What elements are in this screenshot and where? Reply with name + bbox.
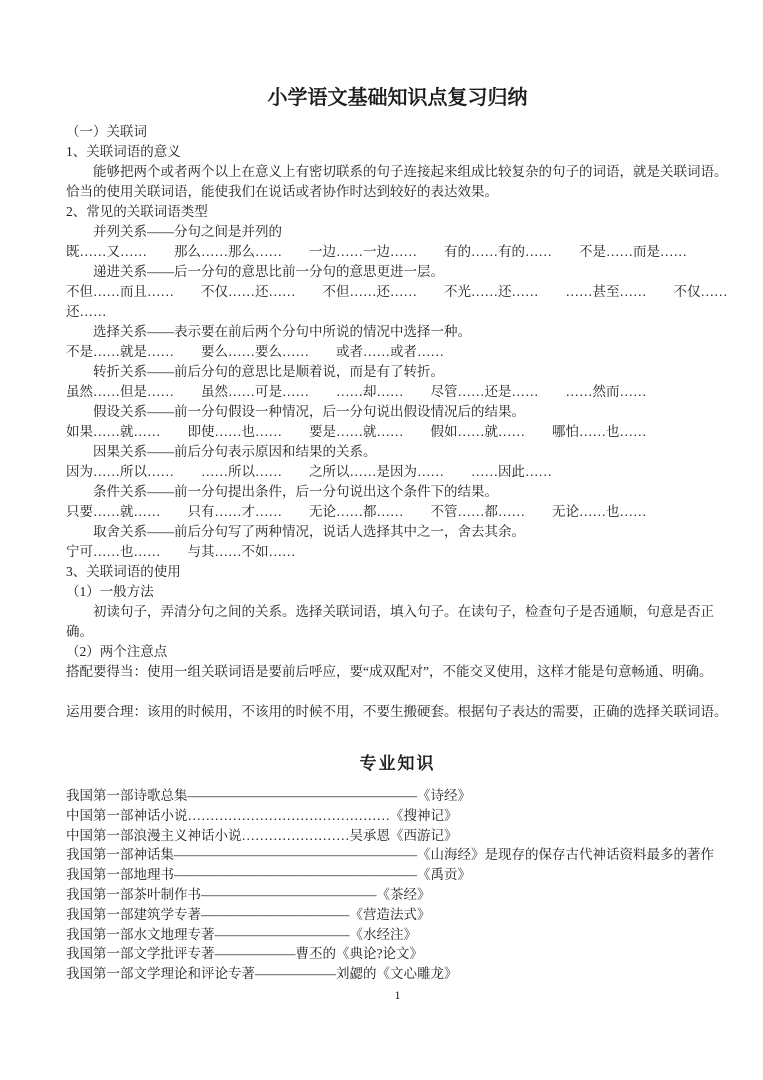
body-line: 因为……所以…… ……所以…… 之所以……是因为…… ……因此…… xyxy=(66,462,729,482)
body-text: （一）关联词 1、关联词语的意义 能够把两个或者两个以上在意义上有密切联系的句子… xyxy=(66,122,729,722)
body-line: 转折关系——前后分句的意思比是顺着说，而是有了转折。 xyxy=(66,362,729,382)
page-number: 1 xyxy=(66,986,729,1004)
body-line: 取舍关系——前后分句写了两种情况，说话人选择其中之一，舍去其余。 xyxy=(66,522,729,542)
body-line-blank xyxy=(66,682,729,702)
body-line: （2）两个注意点 xyxy=(66,642,729,662)
document-page: 小学语文基础知识点复习归纳 （一）关联词 1、关联词语的意义 能够把两个或者两个… xyxy=(0,0,763,1004)
body-line: 3、关联词语的使用 xyxy=(66,562,729,582)
body-line: 确。 xyxy=(66,622,729,642)
body-line: 还…… xyxy=(66,302,729,322)
list-item: 我国第一部地理书——————————————————《禹贡》 xyxy=(66,865,729,885)
body-line: （一）关联词 xyxy=(66,122,729,142)
list-item: 中国第一部神话小说………………………………………《搜神记》 xyxy=(66,806,729,826)
body-line: 并列关系——分句之间是并列的 xyxy=(66,222,729,242)
body-line: 因果关系——前后分句表示原因和结果的关系。 xyxy=(66,442,729,462)
body-line: 恰当的使用关联词语，能使我们在说话或者协作时达到较好的表达效果。 xyxy=(66,182,729,202)
body-line: 递进关系——后一分句的意思比前一分句的意思更进一层。 xyxy=(66,262,729,282)
body-line: 能够把两个或者两个以上在意义上有密切联系的句子连接起来组成比较复杂的句子的词语，… xyxy=(66,162,729,182)
list-item: 我国第一部文学理论和评论专著——————刘勰的《文心雕龙》 xyxy=(66,964,729,984)
body-line: 选择关系——表示要在前后两个分句中所说的情况中选择一种。 xyxy=(66,322,729,342)
body-line: 不是……就是…… 要么……要么…… 或者……或者…… xyxy=(66,342,729,362)
body-line: （1）一般方法 xyxy=(66,582,729,602)
list-item: 我国第一部文学批评专著——————曹丕的《典论?论文》 xyxy=(66,944,729,964)
page-title: 小学语文基础知识点复习归纳 xyxy=(66,86,729,110)
body-line: 只要……就…… 只有……才…… 无论……都…… 不管……都…… 无论……也…… xyxy=(66,502,729,522)
works-list: 我国第一部诗歌总集—————————————————《诗经》 中国第一部神话小说… xyxy=(66,786,729,984)
body-line: 宁可……也…… 与其……不如…… xyxy=(66,542,729,562)
body-line: 如果……就…… 即使……也…… 要是……就…… 假如……就…… 哪怕……也…… xyxy=(66,422,729,442)
list-item: 我国第一部神话集——————————————————《山海经》是现存的保存古代神… xyxy=(66,845,729,865)
list-item: 中国第一部浪漫主义神话小说……………………吴承恩《西游记》 xyxy=(66,826,729,846)
body-line: 不但……而且…… 不仅……还…… 不但……还…… 不光……还…… ……甚至…… … xyxy=(66,282,729,302)
body-line: 假设关系——前一分句假设一种情况，后一分句说出假设情况后的结果。 xyxy=(66,402,729,422)
body-line: 搭配要得当：使用一组关联词语是要前后呼应，要“成双配对”，不能交叉使用，这样才能… xyxy=(66,662,729,682)
body-line: 2、常见的关联词语类型 xyxy=(66,202,729,222)
body-line: 虽然……但是…… 虽然……可是…… ……却…… 尽管……还是…… ……然而…… xyxy=(66,382,729,402)
body-line: 1、关联词语的意义 xyxy=(66,142,729,162)
section-heading: 专业知识 xyxy=(66,752,729,776)
list-item: 我国第一部建筑学专著———————————《营造法式》 xyxy=(66,905,729,925)
list-item: 我国第一部茶叶制作书—————————————《茶经》 xyxy=(66,885,729,905)
body-line: 既……又…… 那么……那么…… 一边……一边…… 有的……有的…… 不是……而是… xyxy=(66,242,729,262)
body-line: 初读句子，弄清分句之间的关系。选择关联词语，填入句子。在读句子，检查句子是否通顺… xyxy=(66,602,729,622)
body-line: 条件关系——前一分句提出条件，后一分句说出这个条件下的结果。 xyxy=(66,482,729,502)
list-item: 我国第一部水文地理专著——————————《水经注》 xyxy=(66,925,729,945)
body-line: 运用要合理：该用的时候用，不该用的时候不用，不要生搬硬套。根据句子表达的需要，正… xyxy=(66,702,729,722)
list-item: 我国第一部诗歌总集—————————————————《诗经》 xyxy=(66,786,729,806)
